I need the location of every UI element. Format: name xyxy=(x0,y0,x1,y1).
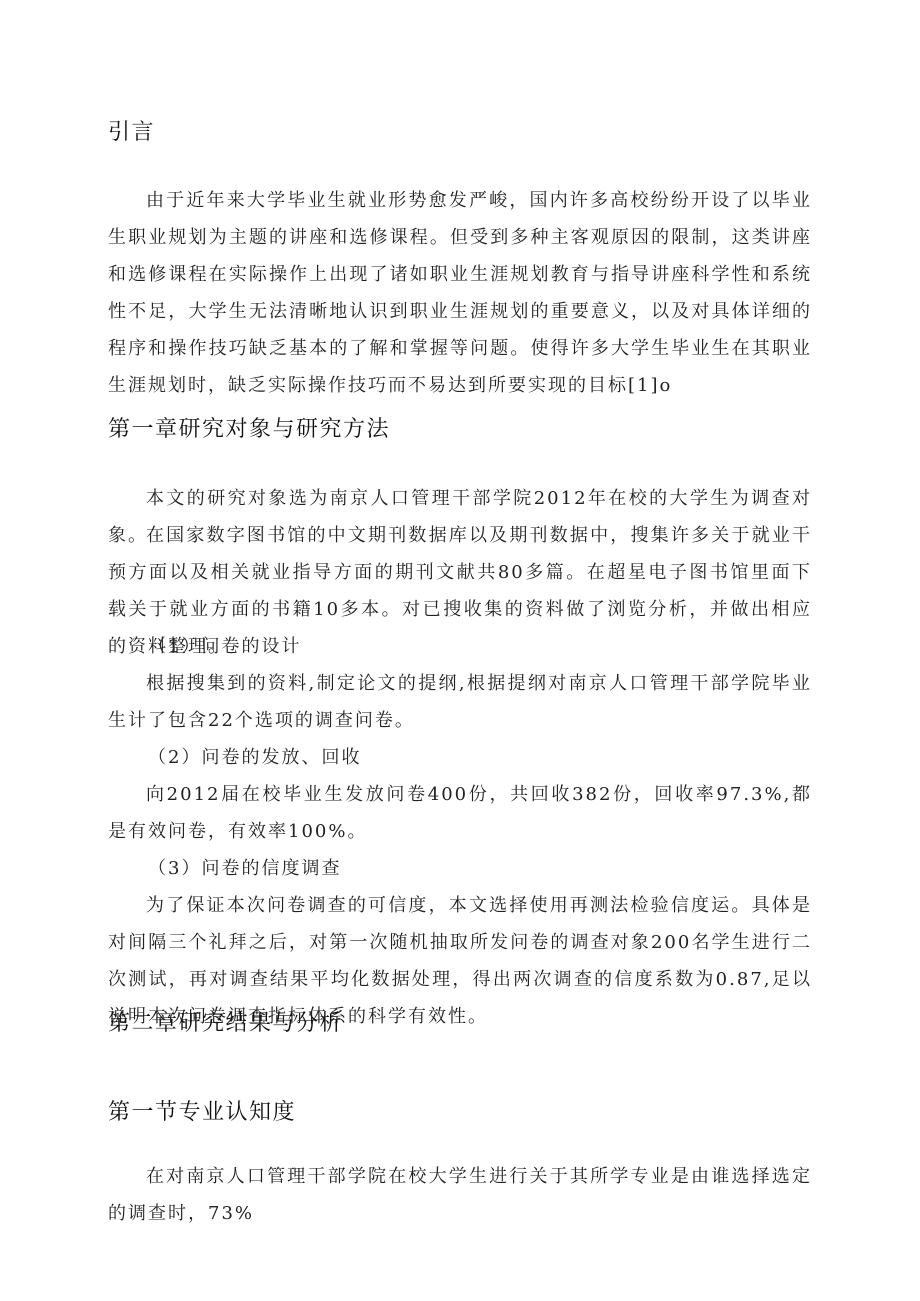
document-page: 引言 由于近年来大学毕业生就业形势愈发严峻，国内许多高校纷纷开设了以毕业生职业规… xyxy=(0,0,920,1301)
questionnaire-distribution-paragraph: 向2012届在校毕业生发放问卷400份，共回收382份，回收率97.3%,都是有… xyxy=(108,776,812,850)
intro-paragraph: 由于近年来大学毕业生就业形势愈发严峻，国内许多高校纷纷开设了以毕业生职业规划为主… xyxy=(108,182,812,404)
heading-chapter-1: 第一章研究对象与研究方法 xyxy=(108,415,390,445)
section1-paragraph: 在对南京人口管理干部学院在校大学生进行关于其所学专业是由谁选择选定的调查时，73… xyxy=(108,1158,812,1232)
heading-introduction: 引言 xyxy=(108,118,155,148)
subheading-questionnaire-reliability: （3）问卷的信度调查 xyxy=(148,850,341,887)
subheading-questionnaire-distribution: （2）问卷的发放、回收 xyxy=(148,739,361,776)
heading-chapter-2: 第二章研究结果与分析 xyxy=(108,1009,343,1039)
questionnaire-design-paragraph: 根据搜集到的资料,制定论文的提纲,根据提纲对南京人口管理干部学院毕业生计了包含2… xyxy=(108,665,812,739)
heading-section-1: 第一节专业认知度 xyxy=(108,1098,296,1128)
subheading-questionnaire-design: （1）问卷的设计 xyxy=(148,628,301,665)
